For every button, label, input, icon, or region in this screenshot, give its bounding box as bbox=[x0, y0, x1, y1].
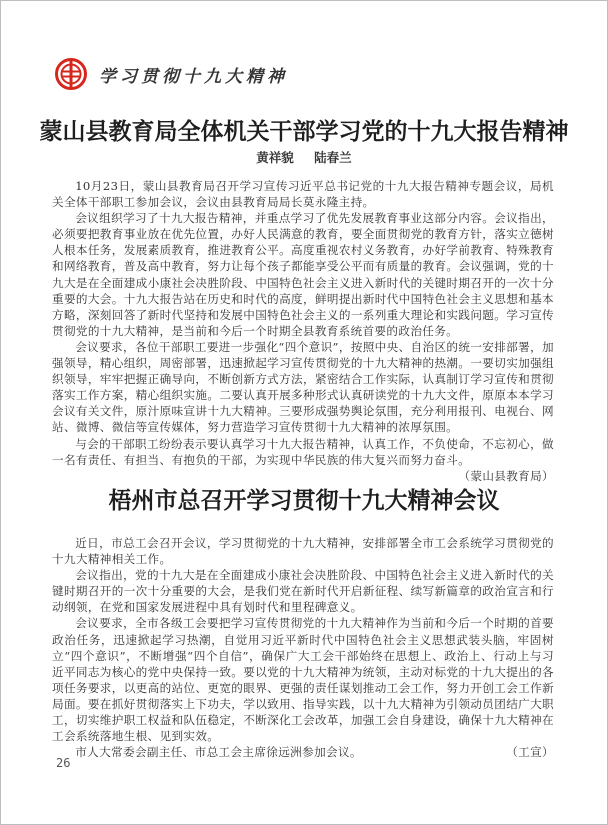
paragraph-text: 与会的干部职工纷纷表示要认真学习十九大报告精神，认真工作，不负使命，不忘初心，做… bbox=[52, 437, 554, 467]
paragraph: 10月23日，蒙山县教育局召开学习宣传习近平总书记党的十九大报告精神专题会议，局… bbox=[52, 178, 554, 210]
article-source: （工宣） bbox=[506, 744, 554, 760]
paragraph: 会议组织学习了十九大报告精神，并重点学习了优先发展教育事业这部分内容。会议指出，… bbox=[52, 210, 554, 339]
page-number: 26 bbox=[56, 756, 70, 770]
paragraph: 会议指出，党的十九大是在全面建成小康社会决胜阶段、中国特色社会主义进入新时代的关… bbox=[52, 567, 554, 615]
article-authors: 黄祥貌 陆春兰 bbox=[0, 148, 608, 166]
article-body: 10月23日，蒙山县教育局召开学习宣传习近平总书记党的十九大报告精神专题会议，局… bbox=[52, 178, 554, 484]
section-title: 学习贯彻十九大精神 bbox=[99, 62, 288, 87]
paragraph: 市人大常委会副主任、市总工会主席徐远洲参加会议。（工宣） bbox=[52, 744, 554, 760]
paragraph: 与会的干部职工纷纷表示要认真学习十九大报告精神，认真工作，不负使命，不忘初心，做… bbox=[52, 436, 554, 468]
paragraph: 会议要求，全市各级工会要把学习宣传贯彻党的十九大精神作为当前和今后一个时期的首要… bbox=[52, 615, 554, 744]
trade-union-emblem-icon bbox=[55, 58, 87, 90]
author-name: 陆春兰 bbox=[314, 150, 352, 165]
paragraph-text: 市人大常委会副主任、市总工会主席徐远洲参加会议。 bbox=[75, 745, 362, 759]
section-header: 学习贯彻十九大精神 bbox=[55, 58, 288, 90]
author-name: 黄祥貌 bbox=[256, 150, 294, 165]
article-body: 近日，市总工会召开会议，学习贯彻党的十九大精神，安排部署全市工会系统学习贯彻党的… bbox=[52, 535, 554, 760]
article-title: 梧州市总召开学习贯彻十九大精神会议 bbox=[0, 482, 608, 515]
paragraph: 近日，市总工会召开会议，学习贯彻党的十九大精神，安排部署全市工会系统学习贯彻党的… bbox=[52, 535, 554, 567]
article-title: 蒙山县教育局全体机关干部学习党的十九大报告精神 bbox=[0, 113, 608, 146]
paragraph: 会议要求，各位干部职工要进一步强化“四个意识”，按照中央、自治区的统一安排部署，… bbox=[52, 339, 554, 436]
